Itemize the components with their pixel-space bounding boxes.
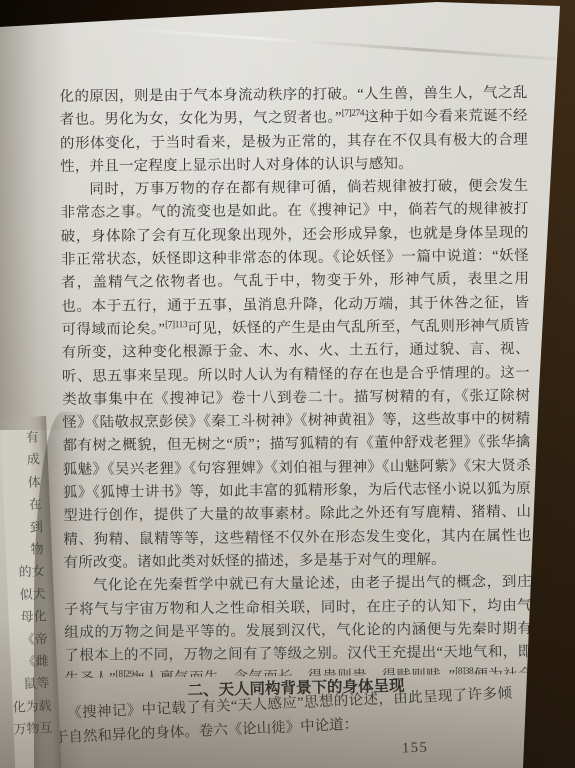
book-page: 化的原因，则是由于气本身流动秩序的打破。“人生兽，兽生人，气之乱者也。男化为女，… xyxy=(0,0,575,768)
underpage-text-fragment: 到 xyxy=(4,516,51,540)
underpage-text-fragment: 母化 xyxy=(8,605,55,629)
underpage-text-fragment: 的女 xyxy=(6,560,53,584)
underpage-text-fragment: 有 xyxy=(0,426,47,450)
underpage-text-fragment: 在 xyxy=(3,493,50,517)
page-crease xyxy=(118,27,575,63)
paragraph: 气化论在先秦哲学中就已有大量论述，由老子提出气的概念，到庄子将气与宇宙万物和人之… xyxy=(64,571,533,678)
underpage-text-fragment: 体 xyxy=(2,471,49,495)
underpage-text-fragment: 《帝 xyxy=(9,627,56,651)
body-text: 化的原因，则是由于气本身流动秩序的打破。“人生兽，兽生人，气之乱者也。男化为女，… xyxy=(59,82,532,678)
paragraph: 化的原因，则是由于气本身流动秩序的打破。“人生兽，兽生人，气之乱者也。男化为女，… xyxy=(59,82,528,179)
underpage-text-fragment: 似犬 xyxy=(7,583,54,607)
citation-superscript: [8]294 xyxy=(116,670,138,678)
citation-superscript: [7]274 xyxy=(342,109,364,119)
page-number: 155 xyxy=(402,740,429,758)
underpage-text-fragment: 鼠等 xyxy=(11,672,58,696)
underpage-text-fragment: 物 xyxy=(5,538,52,562)
underpage-edge-strip: 有成体在到物的女似犬母化《帝《雌鼠等化为载万物互 xyxy=(0,416,61,768)
citation-superscript: [7]113 xyxy=(165,320,187,330)
underpage-text-fragment: 万物互 xyxy=(13,717,60,741)
underpage-text-fragment: 《雌 xyxy=(10,650,57,674)
book-page-photo: 化的原因，则是由于气本身流动秩序的打破。“人生兽，兽生人，气之乱者也。男化为女，… xyxy=(0,0,575,768)
underpage-text-fragment: 成 xyxy=(1,448,48,472)
underpage-text-fragment: 化为载 xyxy=(12,695,59,719)
paragraph: 同时，万事万物的存在都有规律可循，倘若规律被打破，便会发生非常态之事。气的流变也… xyxy=(60,175,531,575)
